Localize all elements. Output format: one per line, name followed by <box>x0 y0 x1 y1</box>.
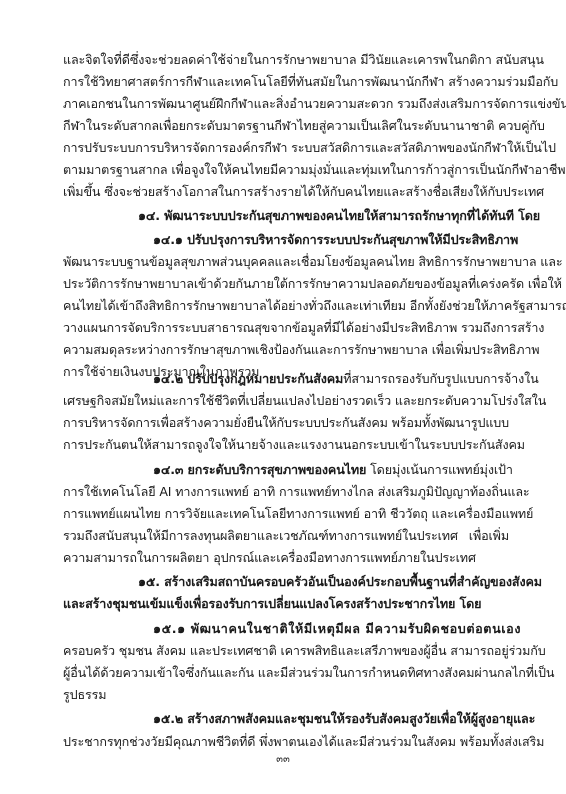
body-line: ประวัติการรักษาพยาบาลเข้าด้วยกันภายใต้กา… <box>63 273 509 295</box>
body-line: ครอบครัว ชุมชน สังคม และประเทศชาติ เคารพ… <box>63 640 509 662</box>
subsection-title-rest: โดยมุ่งเน้นการแพทย์มุ่งเป้า <box>366 462 513 477</box>
body-line: ความสามารถในการผลิตยา อุปกรณ์และเครื่องม… <box>63 547 509 569</box>
subsection-title-bold: ๑๔.๓ ยกระดับบริการสุขภาพของคนไทย <box>153 462 366 477</box>
body-line: วางแผนการจัดบริการระบบสาธารณสุขจากข้อมูล… <box>63 317 509 339</box>
body-line: เพิ่มขึ้น ซึ่งจะช่วยสร้างโอกาสในการสร้าง… <box>63 181 509 203</box>
page-number: ๓๓ <box>0 752 566 767</box>
body-line: และจิตใจที่ดีซึ่งจะช่วยลดค่าใช้จ่ายในการ… <box>63 49 509 71</box>
section-heading-20-cont: และสร้างชุมชนเข้มแข็งเพื่อรองรับการเปลี่… <box>63 593 509 615</box>
body-line: การใช้เทคโนโลยี AI ทางการแพทย์ อาทิ การแ… <box>63 481 509 503</box>
body-line: ประชากรทุกช่วงวัยมีคุณภาพชีวิตที่ดี พึ่ง… <box>63 731 509 753</box>
body-line: พัฒนาระบบฐานข้อมูลสุขภาพส่วนบุคคลและเชื่… <box>63 251 509 273</box>
body-line: รูปธรรม <box>63 684 509 706</box>
subsection-title-bold: ๑๔.๒ ปรับปรุงกฎหมายประกันสังคม <box>153 371 343 386</box>
body-line: เศรษฐกิจสมัยใหม่และการใช้ชีวิตที่เปลี่ยน… <box>63 390 509 412</box>
body-line: การแพทย์แผนไทย การวิจัยและเทคโนโลยีทางกา… <box>63 503 509 525</box>
subsection-title-19-1: ๑๔.๑ ปรับปรุงการบริหารจัดการระบบประกันสุ… <box>153 229 509 251</box>
subsection-title-19-3: ๑๔.๓ ยกระดับบริการสุขภาพของคนไทย โดยมุ่ง… <box>153 459 509 481</box>
body-line: ตามมาตรฐานสากล เพื่อจูงใจให้คนไทยมีความม… <box>63 159 509 181</box>
body-line: การบริหารจัดการเพื่อสร้างความยั่งยืนให้ก… <box>63 412 509 434</box>
body-line: ความสมดุลระหว่างการรักษาสุขภาพเชิงป้องกั… <box>63 339 509 361</box>
section-heading-19: ๑๔. พัฒนาระบบประกันสุขภาพของคนไทยให้สามา… <box>138 205 509 227</box>
subsection-title-rest: ที่สามารถรองรับกับรูปแบบการจ้างใน <box>343 371 538 386</box>
body-line: รวมถึงสนับสนุนให้มีการลงทุนผลิตยาและเวชภ… <box>63 525 509 547</box>
subsection-title-19-2: ๑๔.๒ ปรับปรุงกฎหมายประกันสังคมที่สามารถร… <box>153 368 509 390</box>
body-line: กีฬาในระดับสากลเพื่อยกระดับมาตรฐานกีฬาไท… <box>63 115 509 137</box>
body-line: การใช้วิทยาศาสตร์การกีฬาและเทคโนโลยีที่ท… <box>63 71 509 93</box>
body-line: ผู้อื่นได้ด้วยความเข้าใจซึ่งกันและกัน แล… <box>63 662 509 684</box>
body-line: ภาคเอกชนในการพัฒนาศูนย์ฝึกกีฬาและสิ่งอำน… <box>63 93 509 115</box>
body-line: คนไทยได้เข้าถึงสิทธิการรักษาพยาบาลได้อย่… <box>63 295 509 317</box>
subsection-title-20-1: ๑๕.๑ พัฒนาคนในชาติให้มีเหตุมีผล มีความรั… <box>153 618 509 640</box>
subsection-title-20-2: ๑๕.๒ สร้างสภาพสังคมและชุมชนให้รองรับสังค… <box>153 708 509 730</box>
body-line: การประกันตนให้สามารถจูงใจให้นายจ้างและแร… <box>63 434 509 456</box>
document-page: และจิตใจที่ดีซึ่งจะช่วยลดค่าใช้จ่ายในการ… <box>0 0 566 794</box>
body-line: การปรับระบบการบริหารจัดการองค์กรกีฬา ระบ… <box>63 137 509 159</box>
section-heading-20: ๑๕. สร้างเสริมสถาบันครอบครัวอันเป็นองค์ป… <box>138 571 509 593</box>
